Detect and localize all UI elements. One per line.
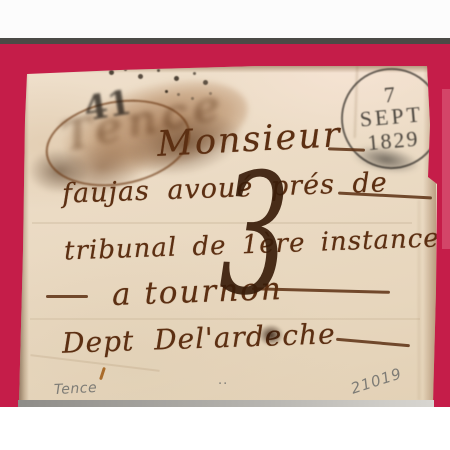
- address-line-departement: Dept Del'ardeche: [62, 317, 337, 360]
- tax-marking-3: 3: [218, 150, 290, 322]
- orange-ink-tick: [99, 367, 105, 380]
- ink-dash: [46, 295, 88, 298]
- cover-photo: 41 Tence 7 SEPT 1829 Monsieur faujas avo…: [0, 0, 450, 450]
- ink-dash: [336, 338, 410, 347]
- date-stamp-day: 7: [383, 84, 396, 105]
- pencil-mark-dots: ··: [218, 377, 228, 392]
- pencil-note-town: Tence: [54, 380, 98, 398]
- photo-bottom-edge: [18, 400, 434, 407]
- pencil-note-code: 21019: [349, 364, 405, 397]
- bottom-white-strip: [0, 407, 450, 450]
- top-white-strip: [0, 0, 450, 38]
